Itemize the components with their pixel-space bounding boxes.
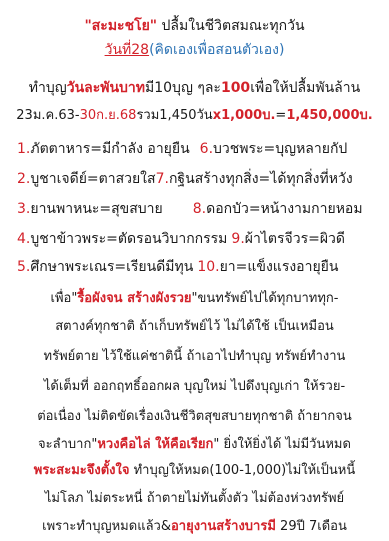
body-line: ต่อเนื่อง ไม่ติดขัดเรื่องเงินชีวิตสุขสบา… <box>0 407 389 427</box>
body-line: เพื่อ"รื้อผังจน สร้างผังรวย"ขนทรัพย์ไปได… <box>0 289 389 309</box>
merit-row: 5.ศึกษาพระเณร=เรียนดีมีทุน10.ยา=แข็งแรงอ… <box>0 257 389 277</box>
intro-highlight: 100 <box>221 80 250 96</box>
calc-text: = <box>275 108 286 123</box>
calc-text: 23ม.ค.63- <box>16 108 79 123</box>
intro-line: ทำบุญวันละพันบาทมี10บุญ ๆละ100เพื่อให้ปล… <box>0 78 389 98</box>
merit-number: 6. <box>200 141 213 157</box>
merit-number: 4. <box>17 231 30 247</box>
calc-text: รวม1,450วัน <box>136 108 212 123</box>
body-highlight: หวงคือไล่ ให้คือเรียก <box>97 437 213 452</box>
body-line: ไม่โลภ ไม่ตระหนี่ ถ้าตายไม่ทันตั้งตัว ไม… <box>0 489 389 509</box>
merit-text: ผ้าไตรจีวร=ผิวดี <box>245 231 345 247</box>
merit-number: 9. <box>231 231 244 247</box>
merit-text: บูชาข้าวพระ=ตัดรอนวิบากกรรม <box>30 231 227 247</box>
body-line: พระสะมะจึงตั้งใจ ทำบุญให้หมด(100-1,000)ไ… <box>0 461 389 481</box>
merit-row: 2.บูชาเจดีย์=ตาสวยใส7.กฐินสร้างทุกสิ่ง=ไ… <box>0 169 389 189</box>
merit-text: ศึกษาพระเณร=เรียนดีมีทุน <box>30 259 193 275</box>
calc-line: 23ม.ค.63-30ก.ย.68รวม1,450วันx1,000บ.=1,4… <box>0 106 389 126</box>
title-rest: ปลื้มในชีวิตสมณะทุกวัน <box>157 18 304 34</box>
title-line: "สะมะชโย" ปลื้มในชีวิตสมณะทุกวัน <box>0 16 389 36</box>
subtitle-line: วันที่28(คิดเองเพื่อสอนตัวเอง) <box>0 40 389 60</box>
body-text: " ยิ่งให้ยิ่งได้ ไม่มีวันหมด <box>213 437 351 452</box>
merit-number: 3. <box>17 201 30 217</box>
body-highlight: รื้อผังจน สร้างผังรวย <box>77 291 191 306</box>
title-name: "สะมะชโย" <box>84 18 157 34</box>
body-text: 29ปี 7เดือน <box>276 519 347 534</box>
merit-number: 10. <box>197 259 219 275</box>
intro-text: ทำบุญ <box>29 80 67 96</box>
subtitle-day: วันที่28 <box>105 42 149 58</box>
intro-text: เพื่อให้ปลื้มพันล้าน <box>250 80 360 96</box>
merit-text: กฐินสร้างทุกสิ่ง=ได้ทุกสิ่งที่หวัง <box>169 171 353 187</box>
merit-row: 3.ยานพาหนะ=สุขสบาย8.ดอกบัว=หน้างามกายหอม <box>0 199 389 219</box>
body-text: เพราะทำบุญหมดแล้ว& <box>42 519 171 534</box>
merit-number: 8. <box>193 201 206 217</box>
merit-text: บูชาเจดีย์=ตาสวยใส <box>30 171 155 187</box>
body-text: ทำบุญให้หมด(100-1,000)ไม่ให้เป็นหนี้ <box>129 463 355 478</box>
intro-text: มี10บุญ ๆละ <box>145 80 221 96</box>
subtitle-note: (คิดเองเพื่อสอนตัวเอง) <box>149 42 284 58</box>
body-text: เพื่อ" <box>51 291 78 306</box>
body-text: จะลำบาก" <box>38 437 97 452</box>
merit-text: ภัตตาหาร=มีกำลัง อายุยืน <box>30 141 189 157</box>
merit-number: 7. <box>156 171 169 187</box>
merit-text: ดอกบัว=หน้างามกายหอม <box>206 201 362 217</box>
calc-highlight: x1,000บ. <box>213 108 276 123</box>
body-text: "ขนทรัพย์ไปได้ทุกบาททุก- <box>192 291 339 306</box>
merit-row: 1.ภัตตาหาร=มีกำลัง อายุยืน6.บวชพระ=บุญหล… <box>0 139 389 159</box>
body-line: ได้เต็มที่ ออกฤทธิ์ออกผล บุญใหม่ ไปดึงบุ… <box>0 377 389 397</box>
calc-highlight: 1,450,000บ. <box>286 108 372 123</box>
body-highlight: พระสะมะจึงตั้งใจ <box>34 463 130 478</box>
body-line: ทรัพย์ตาย ไว้ใช้แค่ชาตินี้ ถ้าเอาไปทำบุญ… <box>0 347 389 367</box>
merit-text: ยา=แข็งแรงอายุยืน <box>220 259 339 275</box>
body-line: สตางค์ทุกชาติ ถ้าเก็บทรัพย์ไว้ ไม่ได้ใช้… <box>0 317 389 337</box>
body-line: เพราะทำบุญหมดแล้ว&อายุงานสร้างบารมี 29ปี… <box>0 517 389 537</box>
merit-text: บวชพระ=บุญหลายกัป <box>213 141 347 157</box>
body-line: จะลำบาก"หวงคือไล่ ให้คือเรียก" ยิ่งให้ยิ… <box>0 435 389 455</box>
calc-highlight: 30ก.ย.68 <box>80 108 137 123</box>
merit-number: 1. <box>17 141 30 157</box>
document-page: "สะมะชโย" ปลื้มในชีวิตสมณะทุกวัน วันที่2… <box>0 0 389 541</box>
body-highlight: อายุงานสร้างบารมี <box>171 519 276 534</box>
merit-text: ยานพาหนะ=สุขสบาย <box>30 201 162 217</box>
merit-number: 2. <box>17 171 30 187</box>
merit-number: 5. <box>17 259 30 275</box>
merit-row: 4.บูชาข้าวพระ=ตัดรอนวิบากกรรม9.ผ้าไตรจีว… <box>0 229 389 249</box>
intro-highlight: วันละพันบาท <box>67 80 145 96</box>
